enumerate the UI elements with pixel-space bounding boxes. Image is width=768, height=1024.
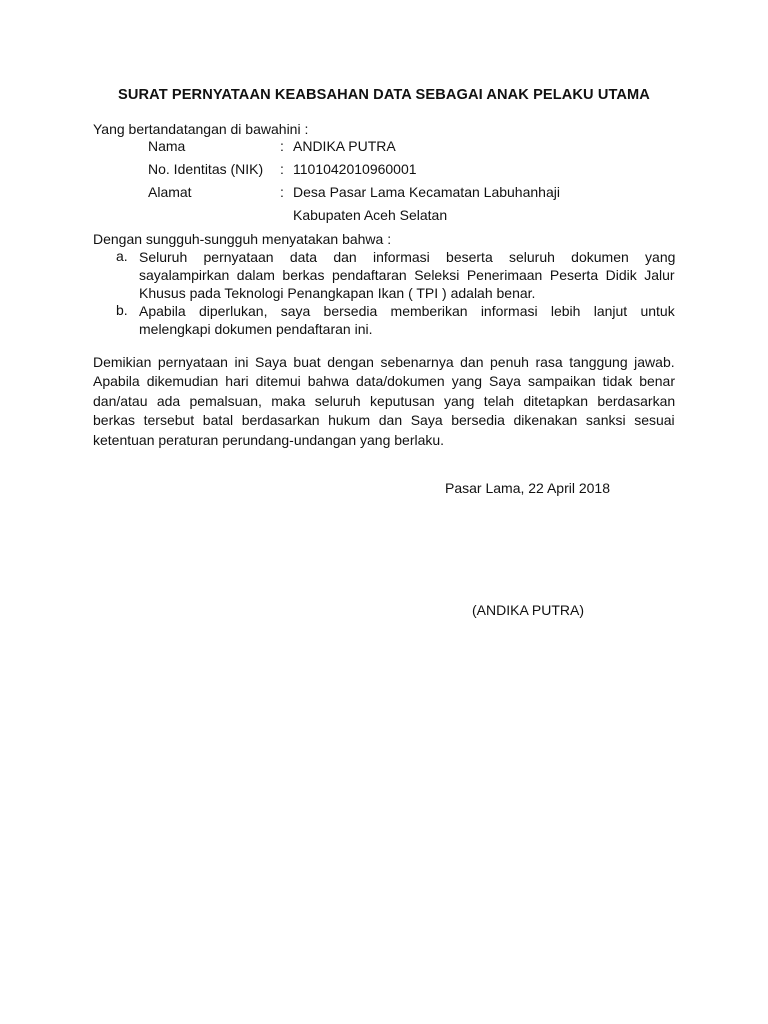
statement-text: Seluruh pernyataan data dan informasi be…: [139, 248, 675, 303]
list-marker: b.: [116, 302, 128, 318]
field-value: 1101042010960001: [293, 161, 417, 177]
document-page: SURAT PERNYATAAN KEABSAHAN DATA SEBAGAI …: [0, 0, 768, 1024]
field-name: Nama : ANDIKA PUTRA: [148, 138, 688, 156]
text-line: dan/atau ada pemalsuan, maka seluruh kep…: [93, 392, 675, 411]
signatory-name: (ANDIKA PUTRA): [472, 602, 584, 618]
field-separator: :: [280, 138, 284, 154]
field-address-continued: Kabupaten Aceh Selatan: [148, 207, 688, 225]
list-marker: a.: [116, 248, 128, 264]
text-line: Seluruh pernyataan data dan informasi be…: [139, 248, 675, 266]
field-value: Desa Pasar Lama Kecamatan Labuhanhaji: [293, 184, 560, 200]
statement-intro: Dengan sungguh-sungguh menyatakan bahwa …: [93, 231, 391, 247]
field-address: Alamat : Desa Pasar Lama Kecamatan Labuh…: [148, 184, 688, 202]
text-line: ketentuan peraturan perundang-undangan y…: [93, 431, 675, 450]
text-line: Apabila diperlukan, saya bersedia member…: [139, 302, 675, 320]
closing-paragraph: Demikian pernyataan ini Saya buat dengan…: [93, 353, 675, 450]
text-line: melengkapi dokumen pendaftaran ini.: [139, 320, 675, 338]
field-value: Kabupaten Aceh Selatan: [293, 207, 447, 223]
text-line: Apabila dikemudian hari ditemui bahwa da…: [93, 372, 675, 391]
text-line: Demikian pernyataan ini Saya buat dengan…: [93, 353, 675, 372]
text-line: sayalampirkan dalam berkas pendaftaran S…: [139, 266, 675, 284]
field-label: Nama: [148, 138, 185, 154]
statement-text: Apabila diperlukan, saya bersedia member…: [139, 302, 675, 338]
field-label: Alamat: [148, 184, 192, 200]
field-value: ANDIKA PUTRA: [293, 138, 396, 154]
field-separator: :: [280, 161, 284, 177]
field-separator: :: [280, 184, 284, 200]
text-line: berkas tersebut batal berdasarkan hukum …: [93, 411, 675, 430]
text-line: Khusus pada Teknologi Penangkapan Ikan (…: [139, 284, 675, 302]
signatory-intro: Yang bertandatangan di bawahini :: [93, 121, 308, 137]
field-nik: No. Identitas (NIK) : 1101042010960001: [148, 161, 688, 179]
field-label: No. Identitas (NIK): [148, 161, 263, 177]
document-title: SURAT PERNYATAAN KEABSAHAN DATA SEBAGAI …: [0, 87, 768, 103]
place-and-date: Pasar Lama, 22 April 2018: [445, 480, 610, 496]
